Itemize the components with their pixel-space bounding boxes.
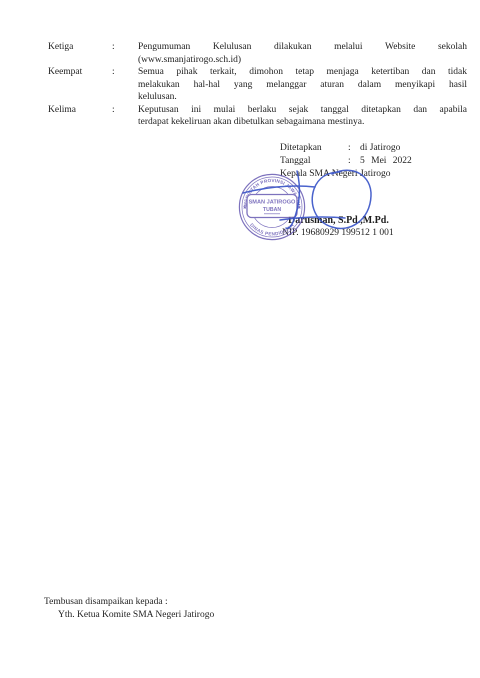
- decree-colon: :: [112, 66, 138, 79]
- document-page: Ketiga : Pengumuman Kelulusan dilakukan …: [0, 0, 480, 678]
- decree-text-line: Semua pihak terkait, dimohon tetap menja…: [138, 66, 467, 79]
- decree-colon: :: [112, 104, 138, 117]
- decree-item-ketiga: Ketiga : Pengumuman Kelulusan dilakukan …: [48, 41, 467, 66]
- decree-text-line: melakukan hal-hal yang melanggar aturan …: [138, 79, 467, 92]
- decree-colon: :: [112, 41, 138, 54]
- decree-text-line: Pengumuman Kelulusan dilakukan melalui W…: [138, 41, 467, 54]
- ditetapkan-label: Ditetapkan: [280, 142, 348, 155]
- tembusan-block: Tembusan disampaikan kepada : Yth. Ketua…: [44, 596, 214, 622]
- ditetapkan-colon: :: [348, 142, 360, 155]
- decree-term: Ketiga: [48, 41, 112, 54]
- decree-text-line: kelulusan.: [138, 91, 467, 104]
- decree-item-kelima: Kelima : Keputusan ini mulai berlaku sej…: [48, 104, 467, 129]
- decree-text: Keputusan ini mulai berlaku sejak tangga…: [138, 104, 467, 129]
- decree-text-line: Keputusan ini mulai berlaku sejak tangga…: [138, 104, 467, 117]
- decree-term: Kelima: [48, 104, 112, 117]
- decree-text-line: terdapat kekeliruan akan dibetulkan seba…: [138, 116, 467, 129]
- ditetapkan-value: di Jatirogo: [360, 142, 470, 155]
- decree-items: Ketiga : Pengumuman Kelulusan dilakukan …: [48, 41, 467, 129]
- decree-text-line: (www.smanjatirogo.sch.id): [138, 54, 467, 67]
- handwritten-signature-icon: [230, 160, 420, 240]
- decree-text: Semua pihak terkait, dimohon tetap menja…: [138, 66, 467, 104]
- decree-text: Pengumuman Kelulusan dilakukan melalui W…: [138, 41, 467, 66]
- tembusan-item: Yth. Ketua Komite SMA Negeri Jatirogo: [58, 609, 214, 622]
- decree-item-keempat: Keempat : Semua pihak terkait, dimohon t…: [48, 66, 467, 104]
- ditetapkan-row: Ditetapkan : di Jatirogo: [280, 142, 470, 155]
- tembusan-heading: Tembusan disampaikan kepada :: [44, 596, 214, 609]
- decree-term: Keempat: [48, 66, 112, 79]
